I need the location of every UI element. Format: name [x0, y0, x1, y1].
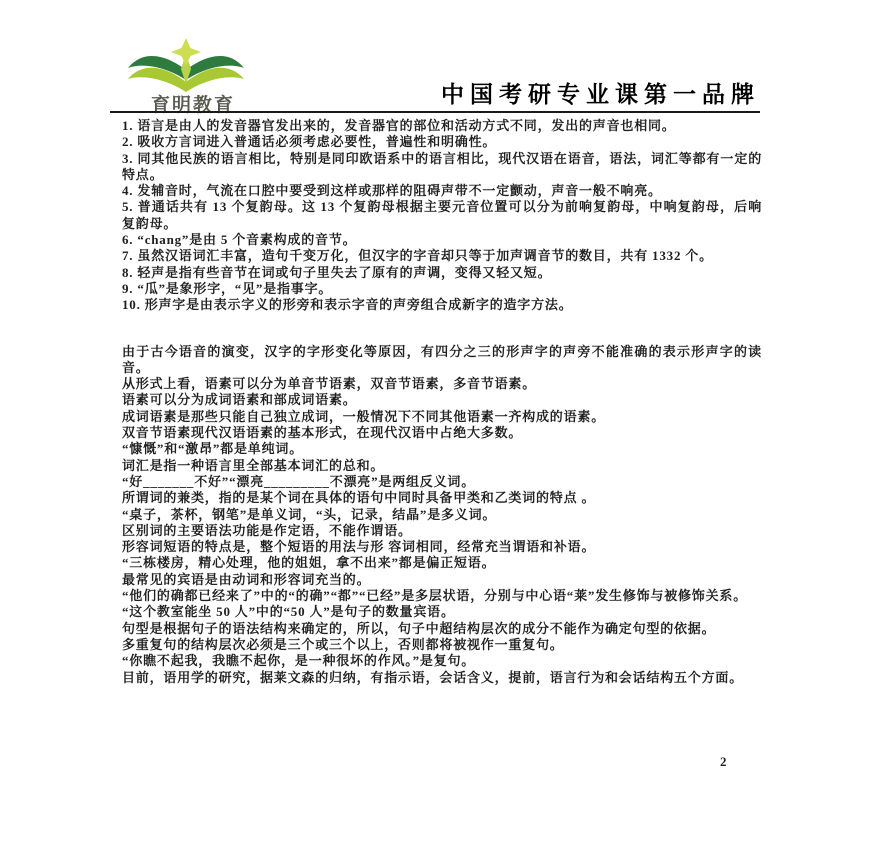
section-gap [122, 314, 762, 344]
paragraph: 目前，语用学的研究，据莱文森的归纳，有指示语，会话含义，提前，语言行为和会话结构… [122, 670, 762, 686]
paragraph: “你瞧不起我，我瞧不起你，是一种很坏的作风。”是复句。 [122, 653, 762, 669]
paragraph: 双音节语素现代汉语语素的基本形式，在现代汉语中占绝大多数。 [122, 425, 762, 441]
paragraph: 区别词的主要语法功能是作定语，不能作谓语。 [122, 523, 762, 539]
page-number: 2 [720, 754, 727, 770]
logo-star-icon [171, 38, 201, 66]
paragraph: 从形式上看，语素可以分为单音节语素，双音节语素，多音节语素。 [122, 376, 762, 392]
numbered-item: 7. 虽然汉语词汇丰富，造句千变万化，但汉字的字音却只等于加声调音节的数目，共有… [122, 248, 762, 264]
numbered-item: 4. 发辅音时，气流在口腔中要受到这样或那样的阻碍声带不一定颤动，声音一般不响亮… [122, 183, 762, 199]
paragraph: 由于古今语音的演变，汉字的字形变化等原因，有四分之三的形声字的声旁不能准确的表示… [122, 344, 762, 377]
header-logo: 育明教育 [124, 38, 248, 117]
numbered-item: 8. 轻声是指有些音节在词或句子里失去了原有的声调，变得又轻又短。 [122, 265, 762, 281]
paragraph: 所谓词的兼类，指的是某个词在具体的语句中同时具备甲类和乙类词的特点 。 [122, 490, 762, 506]
paragraph: “桌子，茶杯，钢笔”是单义词，“头，记录，结晶”是多义词。 [122, 507, 762, 523]
paragraph: “慷慨”和“激昂”都是单纯词。 [122, 441, 762, 457]
paragraph: 成词语素是那些只能自己独立成词，一般情况下不同其他语素一齐构成的语素。 [122, 409, 762, 425]
paragraph: 句型是根据句子的语法结构来确定的，所以，句子中超结构层次的成分不能作为确定句型的… [122, 621, 762, 637]
numbered-item: 3. 同其他民族的语言相比，特别是同印欧语系中的语言相比，现代汉语在语音，语法，… [122, 151, 762, 184]
paragraph: “好_______不好”“漂亮_________不漂亮”是两组反义词。 [122, 474, 762, 490]
paragraph: 多重复句的结构层次必须是三个或三个以上，否则都将被视作一重复句。 [122, 637, 762, 653]
paragraph: 形容词短语的特点是，整个短语的用法与形 容词相同，经常充当谓语和补语。 [122, 539, 762, 555]
header-slogan: 中国考研专业课第一品牌 [441, 76, 760, 109]
paragraph: “这个教室能坐 50 人”中的“50 人”是句子的数量宾语。 [122, 604, 762, 620]
numbered-item: 5. 普通话共有 13 个复韵母。这 13 个复韵母根据主要元音位置可以分为前响… [122, 199, 762, 232]
numbered-item: 9. “瓜”是象形字，“见”是指事字。 [122, 281, 762, 297]
document-body: 1. 语言是由人的发音器官发出来的，发音器官的部位和活动方式不同，发出的声音也相… [122, 118, 762, 686]
numbered-item: 2. 吸收方言词进入普通话必须考虑必要性，普遍性和明确性。 [122, 134, 762, 150]
header-divider [110, 111, 760, 113]
paragraph: 词汇是指一种语言里全部基本词汇的总和。 [122, 458, 762, 474]
logo-graphic [124, 38, 248, 98]
document-page: { "header": { "logo_text": "育明教育", "slog… [0, 0, 870, 842]
numbered-item: 1. 语言是由人的发音器官发出来的，发音器官的部位和活动方式不同，发出的声音也相… [122, 118, 762, 134]
paragraph: 语素可以分为成词语素和部成词语素。 [122, 392, 762, 408]
paragraph: 最常见的宾语是由动词和形容词充当的。 [122, 572, 762, 588]
paragraph: “他们的确都已经来了”中的“的确”“都”“已经”是多层状语，分别与中心语“莱”发… [122, 588, 762, 604]
numbered-item: 6. “chang”是由 5 个音素构成的音节。 [122, 232, 762, 248]
paragraph: “三栋楼房，精心处理，他的姐姐，拿不出来”都是偏正短语。 [122, 555, 762, 571]
numbered-item: 10. 形声字是由表示字义的形旁和表示字音的声旁组合成新字的造字方法。 [122, 297, 762, 313]
